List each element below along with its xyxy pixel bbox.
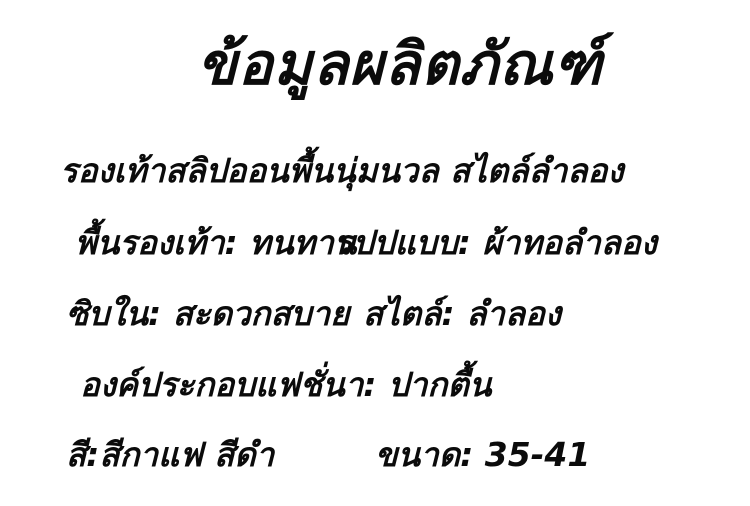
page-title: ข้อมูลผลิตภัณฑ์ [50, 22, 750, 106]
field-pattern: รปปแบบ: ผ้าทอลำลอง [335, 222, 657, 265]
field-size: ขนาด: 35-41 [375, 434, 590, 477]
field-style: สไตล์: ลำลอง [363, 293, 561, 336]
field-color: สี:สีกาแฟ สีดำ [66, 434, 274, 477]
product-info-sheet: ข้อมูลผลิตภัณฑ์ รองเท้าสลิปออนพื้นนุ่มนว… [0, 0, 750, 506]
product-description: รองเท้าสลิปออนพื้นนุ่มนวล สไตล์ลำลอง [60, 150, 623, 193]
field-lining: ซิบใน: สะดวกสบาย [66, 293, 349, 336]
field-fashion-element: องค์ประกอบแฟชั่นา: ปากตื้น [80, 364, 491, 407]
field-sole: พื้นรองเท้า: ทนทาน [75, 222, 356, 265]
